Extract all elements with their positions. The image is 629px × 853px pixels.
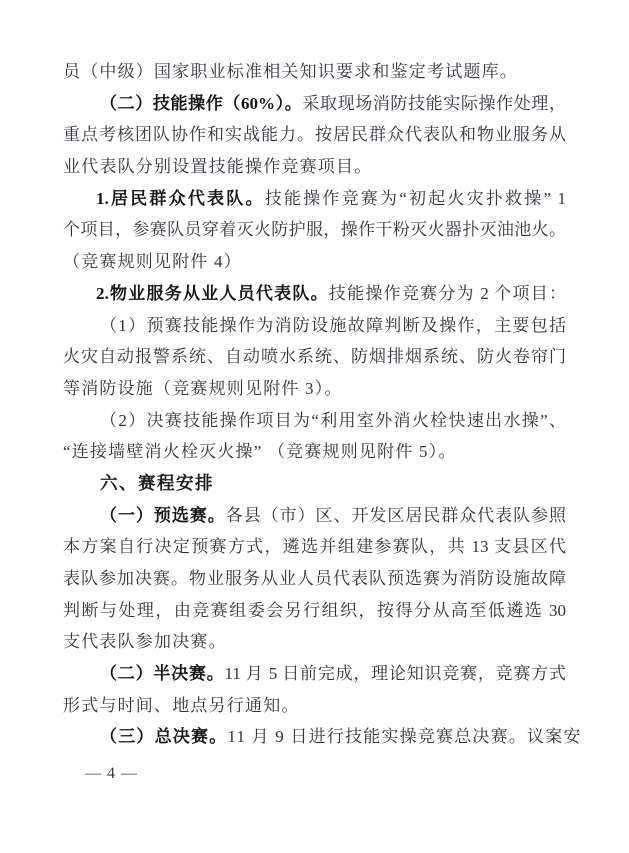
- bold-run: （二）技能操作（60%）。: [100, 94, 302, 113]
- paragraph-line: 形式与时间、地点另行通知。: [63, 690, 566, 722]
- paragraph-line: 个项目，参赛队员穿着灭火防护服，操作干粉灭火器扑灭油池火。: [63, 214, 566, 246]
- text-run: 支代表队参加决赛。: [63, 632, 227, 651]
- paragraph-line: （竞赛规则见附件 4）: [63, 246, 566, 278]
- text-run: 表队参加决赛。物业服务从业人员代表队预选赛为消防设施故障: [63, 569, 566, 588]
- text-run: 等消防设施（竞赛规则见附件 3）。: [63, 379, 343, 398]
- section-heading: 六、赛程安排: [63, 468, 566, 500]
- text-run: 形式与时间、地点另行通知。: [63, 696, 300, 715]
- text-run: 技能操作竞赛为“初起火灾扑救操” 1: [265, 189, 566, 208]
- text-run: 各县（市）区、开发区居民群众代表队参照: [226, 506, 566, 525]
- document-body: 员（中级）国家职业标准相关知识要求和鉴定考试题库。 （二）技能操作（60%）。采…: [0, 0, 629, 789]
- text-run: 技能操作竞赛分为 2 个项目：: [329, 284, 566, 303]
- text-run: 11 月 9 日进行技能实操竞赛总决赛。议案安: [227, 727, 581, 746]
- paragraph-line: 火灾自动报警系统、自动喷水系统、防烟排烟系统、防火卷帘门: [63, 341, 566, 373]
- bold-run: 2.物业服务从业人员代表队。: [96, 284, 329, 303]
- text-run: “连接墙壁消火栓灭火操” （竞赛规则见附件 5）。: [63, 442, 457, 461]
- heading-text: 六、赛程安排: [100, 473, 214, 493]
- paragraph-line: 2.物业服务从业人员代表队。技能操作竞赛分为 2 个项目：: [63, 278, 566, 310]
- text-run: （竞赛规则见附件 4）: [63, 252, 242, 271]
- paragraph-line: （一）预选赛。各县（市）区、开发区居民群众代表队参照: [63, 500, 566, 532]
- paragraph-line: （1）预赛技能操作为消防设施故障判断及操作，主要包括: [63, 310, 566, 342]
- text-run: 重点考核团队协作和实战能力。按居民群众代表队和物业服务从: [63, 125, 566, 144]
- bold-run: （一）预选赛。: [100, 506, 226, 525]
- text-run: （2）决赛技能操作项目为“利用室外消火栓快速出水操”、: [100, 411, 566, 430]
- paragraph-line: 业代表队分别设置技能操作竞赛项目。: [63, 151, 566, 183]
- text-run: （1）预赛技能操作为消防设施故障判断及操作，主要包括: [100, 316, 566, 335]
- paragraph-line: 本方案自行决定预赛方式，遴选并组建参赛队，共 13 支县区代: [63, 531, 566, 563]
- bold-run: （二）半决赛。: [100, 664, 225, 683]
- paragraph-line: （二）技能操作（60%）。采取现场消防技能实际操作处理，: [63, 88, 566, 120]
- text-run: 员（中级）国家职业标准相关知识要求和鉴定考试题库。: [63, 62, 518, 81]
- text-run: 火灾自动报警系统、自动喷水系统、防烟排烟系统、防火卷帘门: [63, 347, 566, 366]
- paragraph-line: “连接墙壁消火栓灭火操” （竞赛规则见附件 5）。: [63, 436, 566, 468]
- text-run: 11 月 5 日前完成，理论知识竞赛，竞赛方式: [225, 664, 567, 683]
- document-page: 员（中级）国家职业标准相关知识要求和鉴定考试题库。 （二）技能操作（60%）。采…: [0, 0, 629, 853]
- bold-run: （三）总决赛。: [100, 727, 227, 746]
- text-run: 个项目，参赛队员穿着灭火防护服，操作干粉灭火器扑灭油池火。: [63, 220, 566, 239]
- paragraph-line: 重点考核团队协作和实战能力。按居民群众代表队和物业服务从: [63, 119, 566, 151]
- paragraph-line: （2）决赛技能操作项目为“利用室外消火栓快速出水操”、: [63, 405, 566, 437]
- paragraph-line: 等消防设施（竞赛规则见附件 3）。: [63, 373, 566, 405]
- text-run: 采取现场消防技能实际操作处理，: [302, 94, 566, 113]
- text-run: 业代表队分别设置技能操作竞赛项目。: [63, 157, 372, 176]
- paragraph-line: 员（中级）国家职业标准相关知识要求和鉴定考试题库。: [63, 56, 566, 88]
- text-run: 本方案自行决定预赛方式，遴选并组建参赛队，共 13 支县区代: [63, 537, 566, 556]
- text-run: 判断与处理，由竞赛组委会另行组织，按得分从高至低遴选 30: [63, 601, 566, 620]
- page-number: — 4 —: [85, 759, 566, 789]
- paragraph-line: （二）半决赛。11 月 5 日前完成，理论知识竞赛，竞赛方式: [63, 658, 566, 690]
- paragraph-line: 支代表队参加决赛。: [63, 626, 566, 658]
- bold-run: 1.居民群众代表队。: [96, 189, 265, 208]
- paragraph-line: 1.居民群众代表队。技能操作竞赛为“初起火灾扑救操” 1: [63, 183, 566, 215]
- paragraph-line: 判断与处理，由竞赛组委会另行组织，按得分从高至低遴选 30: [63, 595, 566, 627]
- paragraph-line: 表队参加决赛。物业服务从业人员代表队预选赛为消防设施故障: [63, 563, 566, 595]
- paragraph-line: （三）总决赛。11 月 9 日进行技能实操竞赛总决赛。议案安: [63, 721, 566, 753]
